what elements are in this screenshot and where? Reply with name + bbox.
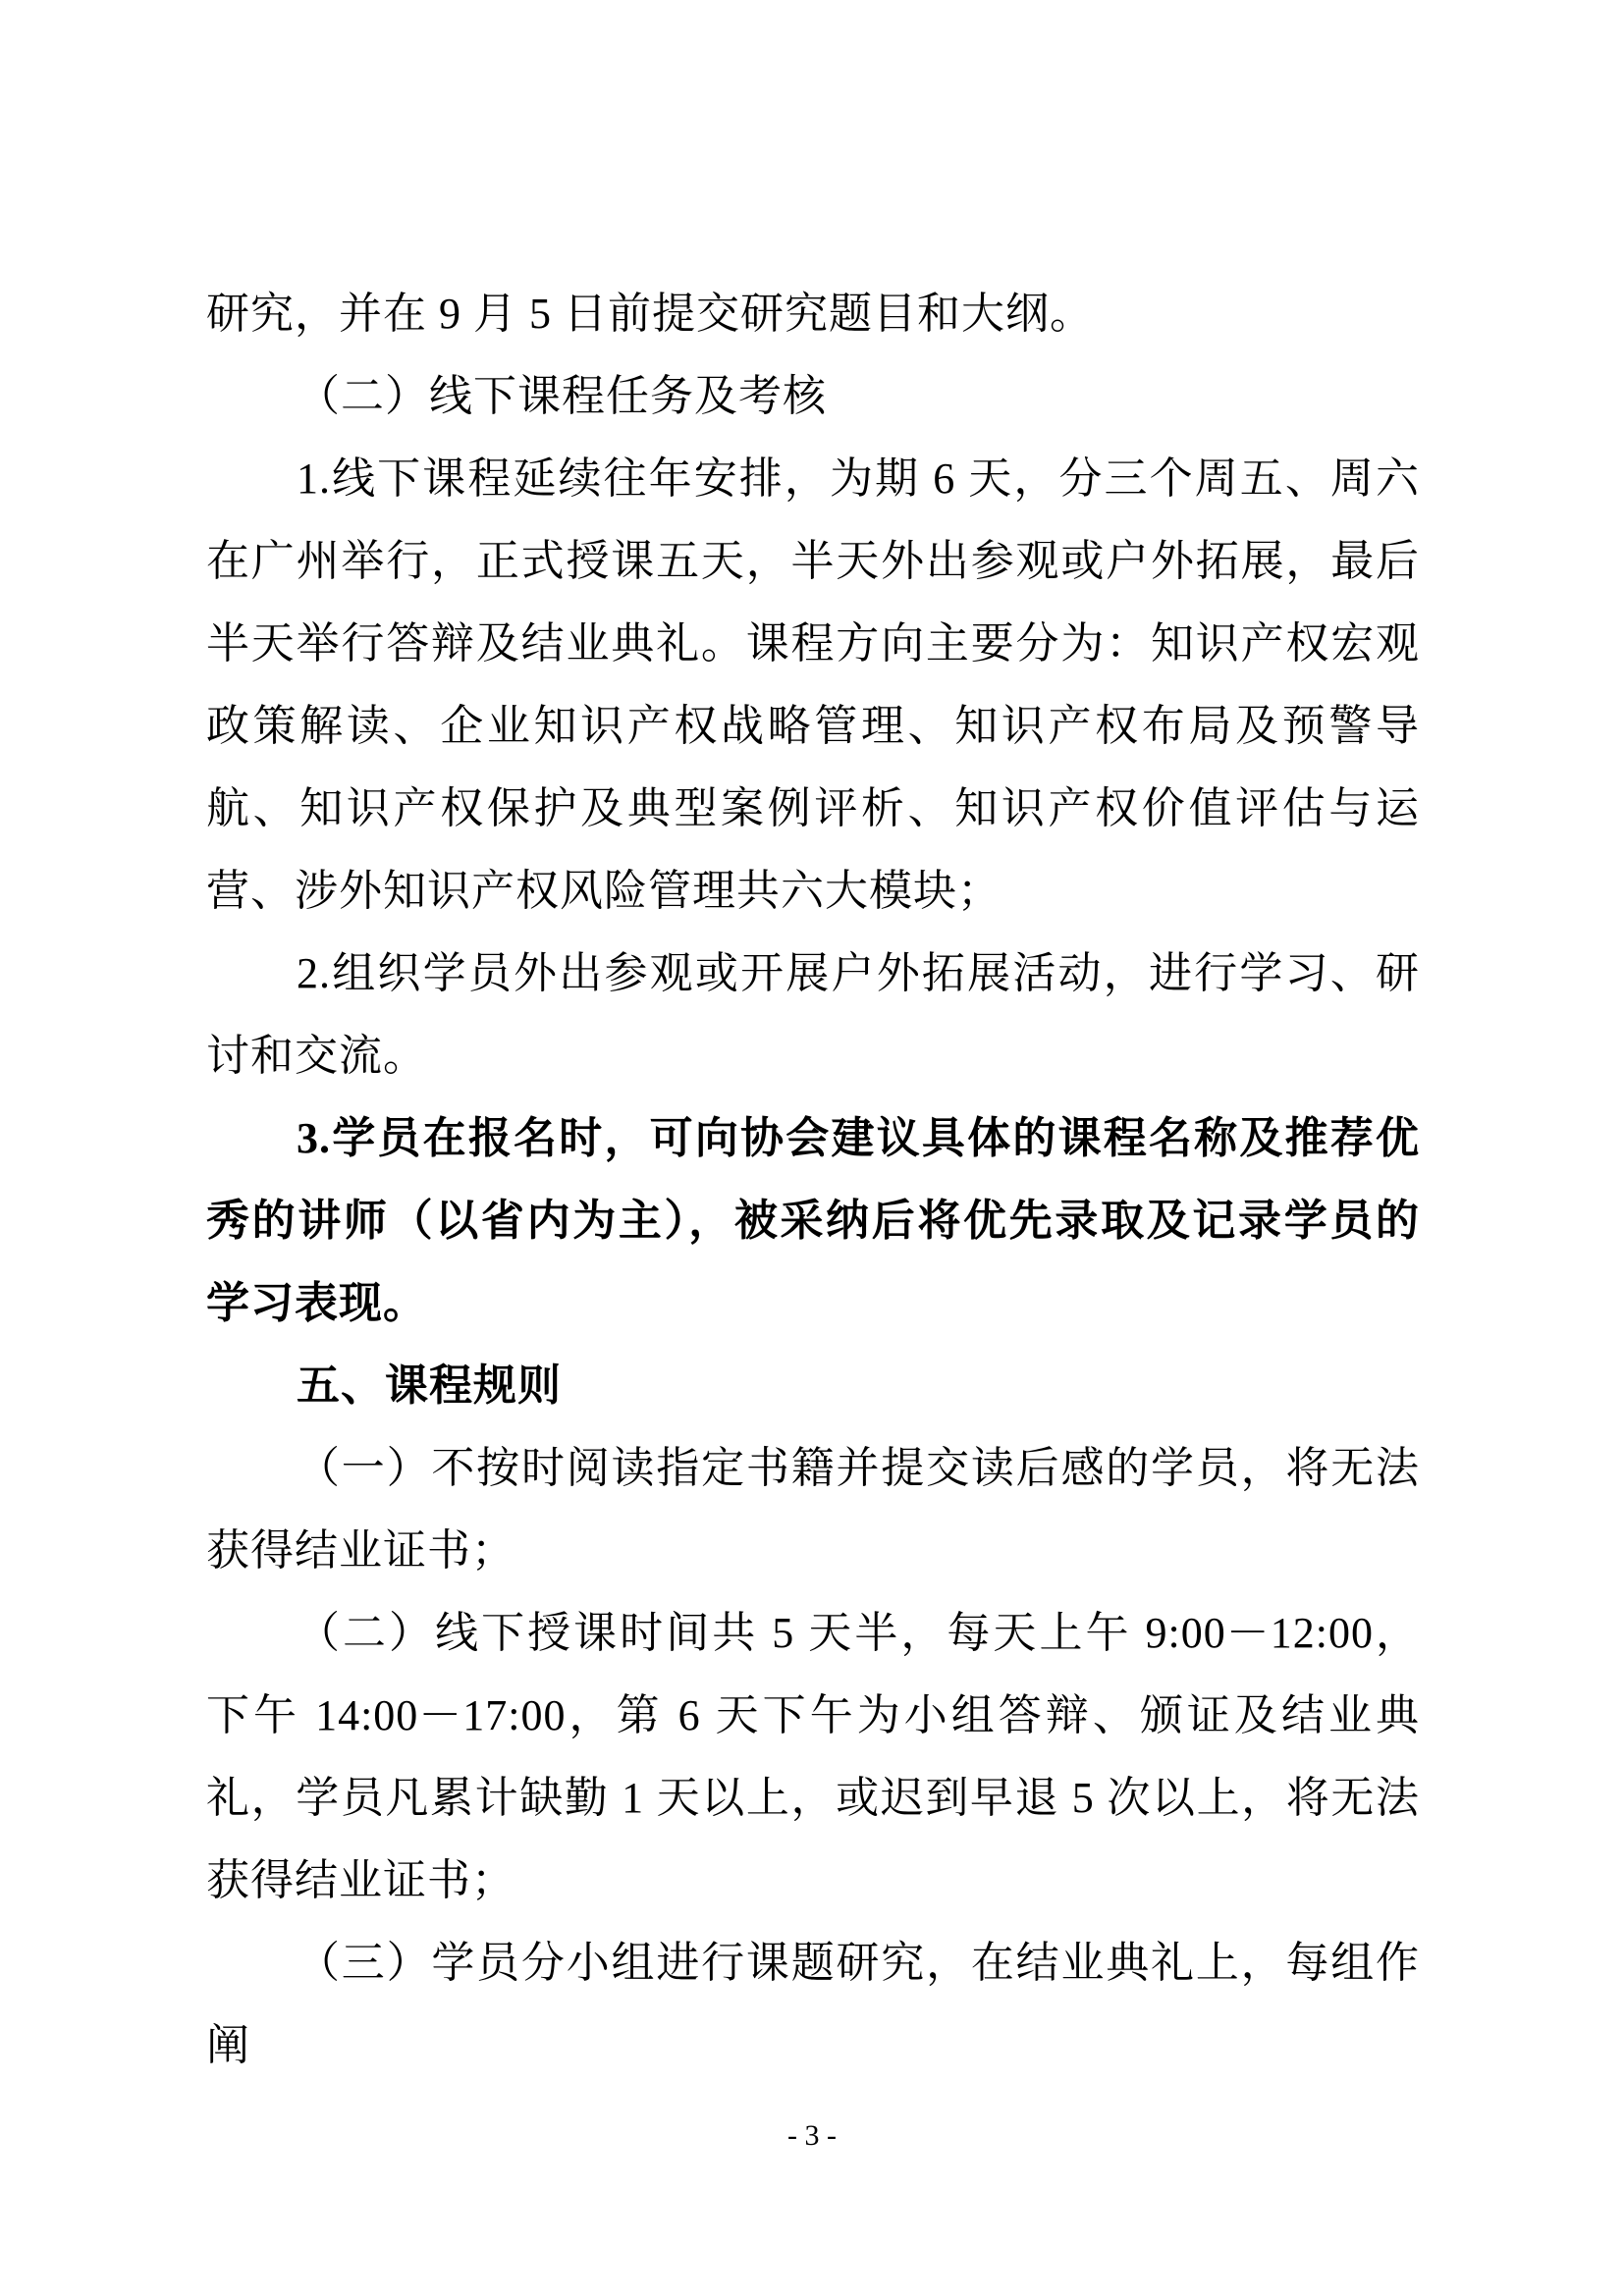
subsection-heading-offline-course: （二）线下课程任务及考核 — [206, 355, 1420, 438]
item-3-suggest-course: 3.学员在报名时，可向协会建议具体的课程名称及推荐优秀的讲师（以省内为主），被采… — [206, 1097, 1420, 1345]
continuation-line: 研究，并在 9 月 5 日前提交研究题目和大纲。 — [206, 273, 1420, 355]
rule-3-group-research: （三）学员分小组进行课题研究，在结业典礼上，每组作阐 — [206, 1922, 1420, 2087]
page-number: - 3 - — [0, 2116, 1624, 2156]
rule-2-attendance: （二）线下授课时间共 5 天半，每天上午 9:00－12:00，下午 14:00… — [206, 1592, 1420, 1922]
item-2-outdoor-activity: 2.组织学员外出参观或开展户外拓展活动，进行学习、研讨和交流。 — [206, 933, 1420, 1097]
item-1-offline-schedule: 1.线下课程延续往年安排，为期 6 天，分三个周五、周六在广州举行，正式授课五天… — [206, 438, 1420, 933]
section-heading-course-rules: 五、课程规则 — [206, 1345, 1420, 1427]
rule-1-reading: （一）不按时阅读指定书籍并提交读后感的学员，将无法获得结业证书； — [206, 1427, 1420, 1592]
document-page: 研究，并在 9 月 5 日前提交研究题目和大纲。 （二）线下课程任务及考核 1.… — [0, 0, 1624, 2296]
document-body: 研究，并在 9 月 5 日前提交研究题目和大纲。 （二）线下课程任务及考核 1.… — [206, 273, 1420, 2087]
